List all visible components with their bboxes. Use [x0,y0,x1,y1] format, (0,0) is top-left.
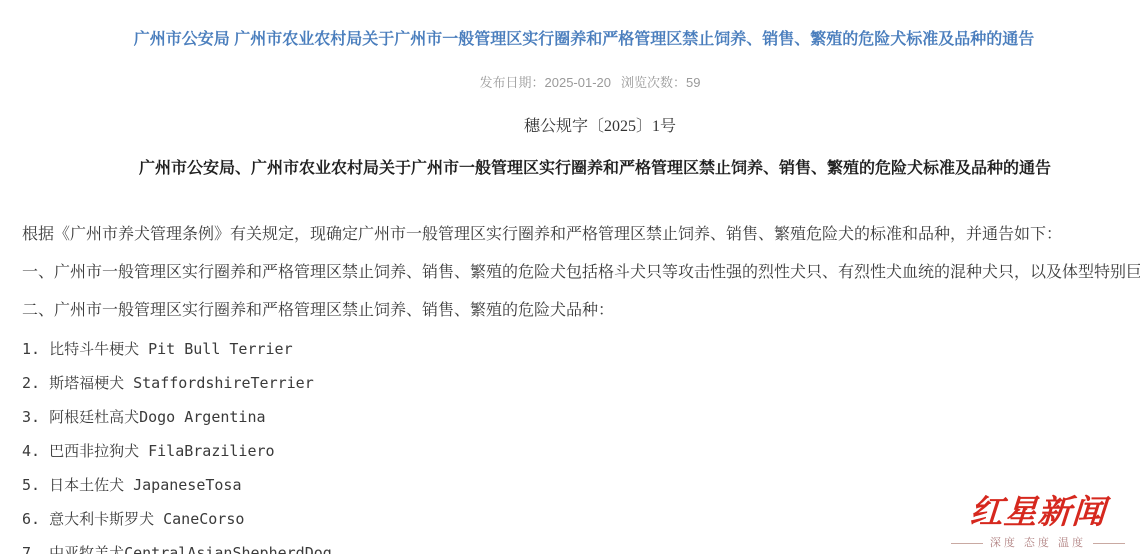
body-paragraph: 二、广州市一般管理区实行圈养和严格管理区禁止饲养、销售、繁殖的危险犬品种： [22,302,1140,320]
redstar-tagline: 深度 态度 温度 [944,534,1132,550]
publish-date-value: 2025-01-20 [545,75,612,90]
breed-list-item: 1. 比特斗牛梗犬 Pit Bull Terrier [22,340,1140,358]
page-title: 广州市公安局 广州市农业农村局关于广州市一般管理区实行圈养和严格管理区禁止饲养、… [0,26,1140,49]
tagline-dash-right [1093,543,1125,544]
tagline-dash-left [951,543,983,544]
views-label: 浏览次数： [621,75,686,90]
tagline-text: 深度 态度 温度 [990,537,1086,549]
redstar-logo-text: 红星新闻 [943,493,1134,531]
document-title: 广州市公安局、广州市农业农村局关于广州市一般管理区实行圈养和严格管理区禁止饲养、… [0,155,1140,178]
article-meta: 发布日期：2025-01-20浏览次数：59 [0,72,1140,91]
notice-document: 穗公规字〔2025〕1号 广州市公安局、广州市农业农村局关于广州市一般管理区实行… [0,113,1140,554]
views-value: 59 [686,75,700,90]
article-page: 广州市公安局 广州市农业农村局关于广州市一般管理区实行圈养和严格管理区禁止饲养、… [0,0,1140,554]
publish-date-label: 发布日期： [480,75,545,90]
breed-list-item: 2. 斯塔福梗犬 StaffordshireTerrier [22,374,1140,392]
redstar-news-logo: 红星新闻 深度 态度 温度 [944,493,1132,550]
body-paragraph: 一、广州市一般管理区实行圈养和严格管理区禁止饲养、销售、繁殖的危险犬包括格斗犬只… [22,264,1140,282]
document-number: 穗公规字〔2025〕1号 [0,113,1140,136]
body-paragraph: 根据《广州市养犬管理条例》有关规定，现确定广州市一般管理区实行圈养和严格管理区禁… [22,226,1140,244]
breed-list-item: 4. 巴西非拉狗犬 FilaBraziliero [22,442,1140,460]
breed-list-item: 3. 阿根廷杜高犬Dogo Argentina [22,408,1140,426]
